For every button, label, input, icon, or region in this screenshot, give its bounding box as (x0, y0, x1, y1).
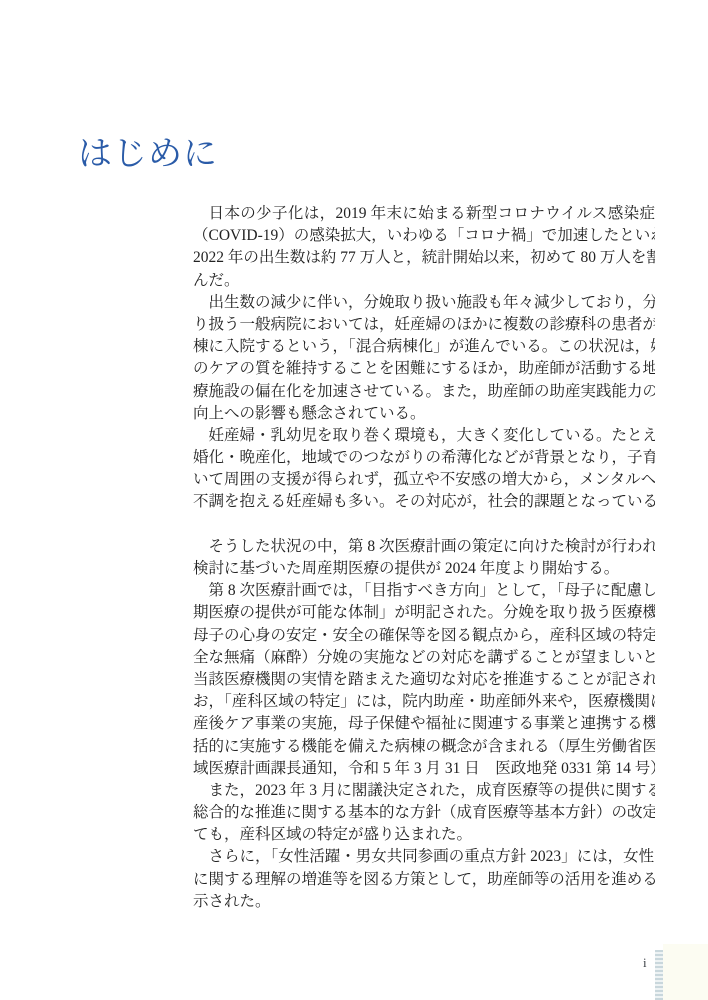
book-page-edge (655, 950, 663, 1000)
text-line: 療施設の偏在化を加速させている。また，助産師の助産実践能力の維持・ (193, 381, 655, 403)
paragraph: 第 8 次医療計画では，「目指すべき方向」として，「母子に配慮した周産期医療の提… (193, 580, 655, 780)
text-line: お，「産科区域の特定」には，院内助産・助産師外来や，医療機関における (193, 691, 655, 713)
paragraph: そうした状況の中，第 8 次医療計画の策定に向けた検討が行われ，その検討に基づい… (193, 536, 655, 580)
text-line: 第 8 次医療計画では，「目指すべき方向」として，「母子に配慮した周産 (193, 580, 655, 602)
text-line: 棟に入院するという，「混合病棟化」が進んでいる。この状況は，妊産婦へ (193, 336, 655, 358)
text-line: さらに，「女性活躍・男女共同参画の重点方針 2023」には，女性の健康 (193, 846, 655, 868)
text-line: のケアの質を維持することを困難にするほか，助産師が活動する地域や医 (193, 358, 655, 380)
paragraph: 出生数の減少に伴い，分娩取り扱い施設も年々減少しており，分娩を取り扱う一般病院に… (193, 292, 655, 425)
page-title: はじめに (78, 126, 218, 175)
text-line: 母子の心身の安定・安全の確保等を図る観点から，産科区域の特定や，安 (193, 625, 655, 647)
text-line: 妊産婦・乳幼児を取り巻く環境も，大きく変化している。たとえば，晩 (193, 425, 655, 447)
text-line: 当該医療機関の実情を踏まえた適切な対応を推進することが記された。な (193, 669, 655, 691)
text-line: 検討に基づいた周産期医療の提供が 2024 年度より開始する。 (193, 558, 655, 580)
text-line: 示された。 (193, 891, 655, 913)
text-line: 全な無痛（麻酔）分娩の実施などの対応を講ずることが望ましいとして， (193, 647, 655, 669)
text-line: 総合的な推進に関する基本的な方針（成育医療等基本方針）の改定におい (193, 802, 655, 824)
text-line: （COVID-19）の感染拡大，いわゆる「コロナ禍」で加速したといわれ， (193, 225, 655, 247)
text-line: ても，産科区域の特定が盛り込まれた。 (193, 824, 655, 846)
page-number: i (643, 955, 647, 971)
text-line: 産後ケア事業の実施，母子保健や福祉に関連する事業と連携する機能を包 (193, 713, 655, 735)
paragraph: さらに，「女性活躍・男女共同参画の重点方針 2023」には，女性の健康に関する理… (193, 846, 655, 913)
text-line: 不調を抱える妊産婦も多い。その対応が，社会的課題となっている。 (193, 491, 655, 513)
text-line: いて周囲の支援が得られず，孤立や不安感の増大から，メンタルヘルスの (193, 469, 655, 491)
paragraph: 日本の少子化は，2019 年末に始まる新型コロナウイルス感染症（COVID-19… (193, 203, 655, 292)
text-line: んだ。 (193, 270, 655, 292)
book-page: はじめに 日本の少子化は，2019 年末に始まる新型コロナウイルス感染症（COV… (0, 0, 708, 1000)
text-line: り扱う一般病院においては，妊産婦のほかに複数の診療科の患者が産科病 (193, 314, 655, 336)
body-text-column: 日本の少子化は，2019 年末に始まる新型コロナウイルス感染症（COVID-19… (193, 203, 655, 913)
text-line: また，2023 年 3 月に閣議決定された，成育医療等の提供に関する施策の (193, 780, 655, 802)
paragraph: また，2023 年 3 月に閣議決定された，成育医療等の提供に関する施策の総合的… (193, 780, 655, 847)
text-line: 括的に実施する機能を備えた病棟の概念が含まれる（厚生労働省医政局地 (193, 736, 655, 758)
text-line: 出生数の減少に伴い，分娩取り扱い施設も年々減少しており，分娩を取 (193, 292, 655, 314)
page-corner-tint (663, 944, 708, 1000)
text-line: 婚化・晩産化，地域でのつながりの希薄化などが背景となり，子育てにお (193, 447, 655, 469)
text-line: 期医療の提供が可能な体制」が明記された。分娩を取り扱う医療機関は， (193, 602, 655, 624)
text-line: に関する理解の増進等を図る方策として，助産師等の活用を進めることが (193, 869, 655, 891)
text-line: そうした状況の中，第 8 次医療計画の策定に向けた検討が行われ，その (193, 536, 655, 558)
text-line: 域医療計画課長通知，令和 5 年 3 月 31 日 医政地発 0331 第 14… (193, 758, 655, 780)
text-line: 2022 年の出生数は約 77 万人と，統計開始以来，初めて 80 万人を割り込 (193, 247, 655, 269)
text-line: 向上への影響も懸念されている。 (193, 403, 655, 425)
paragraph: 妊産婦・乳幼児を取り巻く環境も，大きく変化している。たとえば，晩婚化・晩産化，地… (193, 425, 655, 514)
text-line: 日本の少子化は，2019 年末に始まる新型コロナウイルス感染症 (193, 203, 655, 225)
